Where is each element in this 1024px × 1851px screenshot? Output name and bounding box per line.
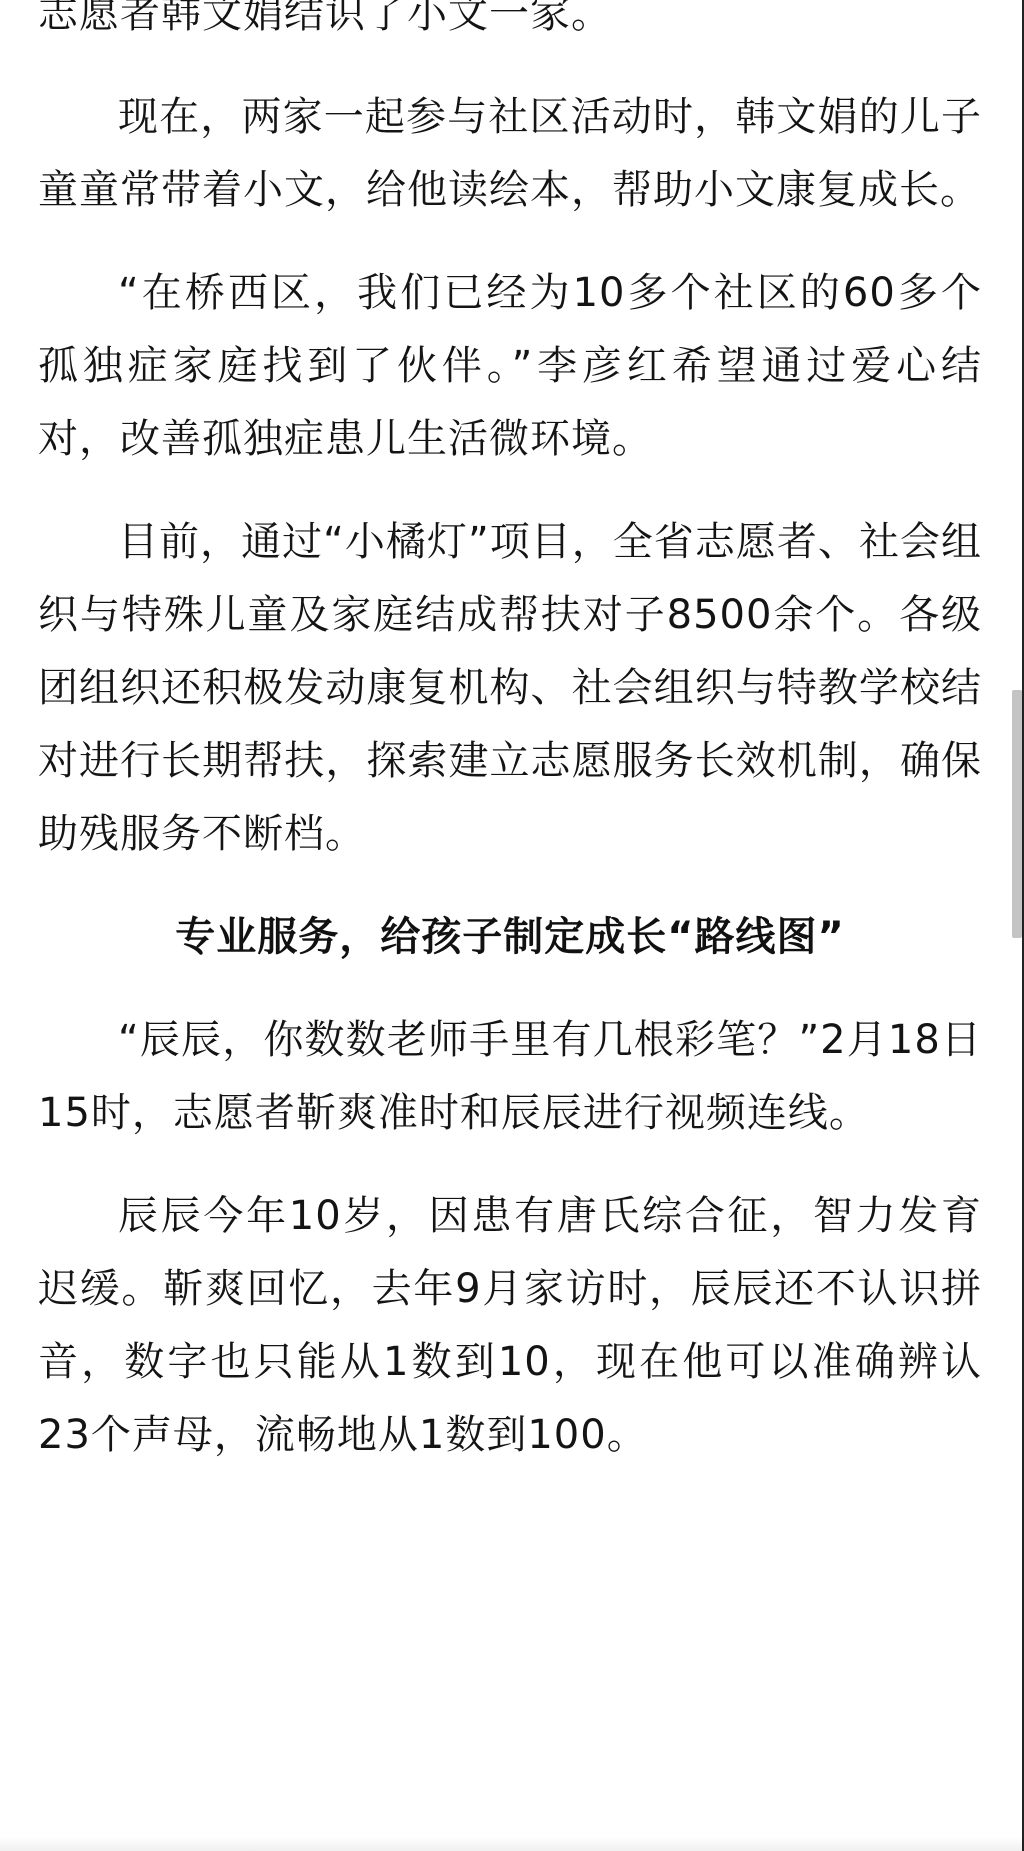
- section-heading: 专业服务，给孩子制定成长“路线图”: [38, 901, 982, 974]
- vertical-scrollbar[interactable]: [1010, 0, 1022, 1851]
- article-body: 志愿者韩文娟结识了小文一家。 现在，两家一起参与社区活动时，韩文娟的儿子童童常带…: [38, 0, 982, 1472]
- bottom-fade: [0, 1837, 1022, 1851]
- article-paragraph: 志愿者韩文娟结识了小文一家。: [38, 0, 982, 51]
- article-paragraph: 辰辰今年10岁，因患有唐氏综合征，智力发育迟缓。靳爽回忆，去年9月家访时，辰辰还…: [38, 1180, 982, 1472]
- article-paragraph: “辰辰，你数数老师手里有几根彩笔？”2月18日15时，志愿者靳爽准时和辰辰进行视…: [38, 1004, 982, 1150]
- article-paragraph: 现在，两家一起参与社区活动时，韩文娟的儿子童童常带着小文，给他读绘本，帮助小文康…: [38, 81, 982, 227]
- article-paragraph: 目前，通过“小橘灯”项目，全省志愿者、社会组织与特殊儿童及家庭结成帮扶对子850…: [38, 506, 982, 871]
- scrollbar-thumb[interactable]: [1012, 690, 1022, 938]
- article-paragraph: “在桥西区，我们已经为10多个社区的60多个孤独症家庭找到了伙伴。”李彦红希望通…: [38, 257, 982, 476]
